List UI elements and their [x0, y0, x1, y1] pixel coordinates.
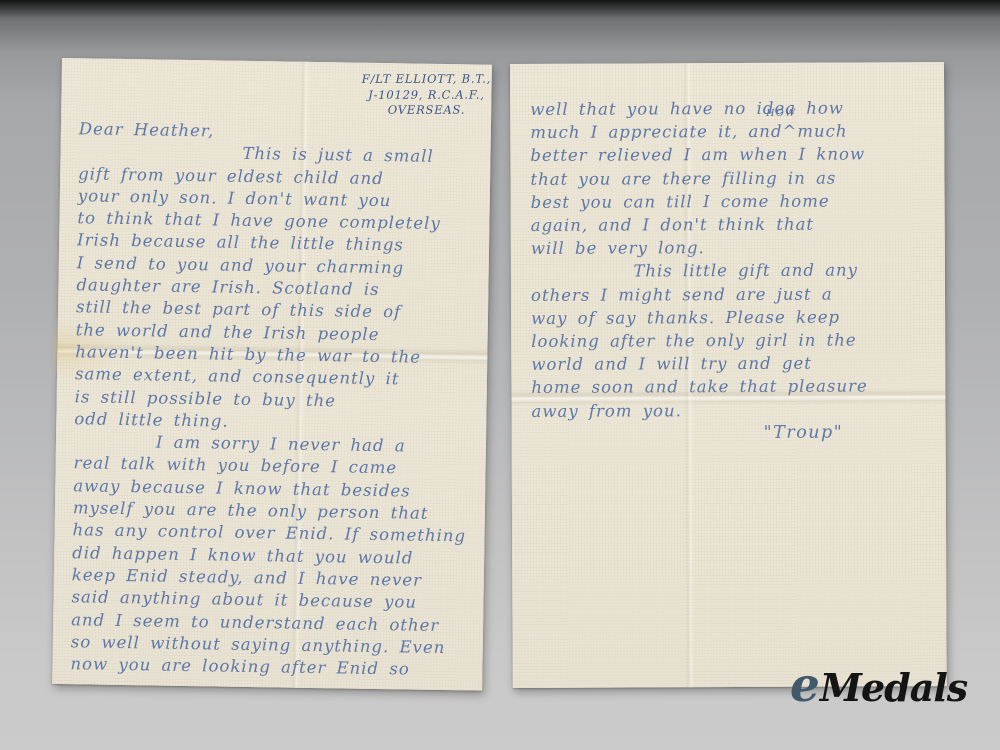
product-photo-background: F/LT ELLIOTT, B.T.,J-10129, R.C.A.F.,OVE… — [0, 0, 1000, 750]
emedals-logo-e: e — [790, 662, 820, 709]
handwritten-line: home soon and take that pleasure — [531, 375, 867, 400]
emedals-logo-text: Medals — [820, 669, 967, 707]
handwritten-line: way of say thanks. Please keep — [531, 305, 867, 330]
emedals-watermark: e Medals — [790, 662, 967, 709]
handwritten-line: away from you. — [531, 398, 867, 423]
inserted-word-above-caret: HOW — [766, 108, 796, 119]
handwritten-line: better relieved I am when I know — [530, 143, 866, 168]
handwritten-line: much I appreciate it, and^much — [530, 120, 866, 145]
handwritten-line: that you are there filling in as — [530, 166, 866, 191]
handwritten-line: world and I will try and get — [531, 352, 867, 377]
handwritten-line: well that you have no idea how — [530, 96, 866, 121]
letter-body-page-1: Dear Heather, This is just a smallgift f… — [70, 118, 472, 682]
letter-page-2: well that you have no idea howmuch I app… — [510, 62, 947, 688]
signature: "Troup" — [764, 423, 844, 443]
handwritten-line: best you can till I come home — [531, 189, 867, 214]
sender-address-block: F/LT ELLIOTT, B.T.,J-10129, R.C.A.F.,OVE… — [359, 72, 493, 119]
handwritten-line: again, and I don't think that — [531, 212, 867, 237]
sender-address-line: F/LT ELLIOTT, B.T., — [359, 72, 493, 88]
handwritten-line: will be very long. — [531, 236, 867, 261]
handwritten-line: looking after the only girl in the — [531, 328, 867, 353]
handwritten-line: now you are looking after Enid so — [70, 653, 464, 681]
letter-body-page-2: well that you have no idea howmuch I app… — [530, 96, 868, 422]
letter-page-1: F/LT ELLIOTT, B.T.,J-10129, R.C.A.F.,OVE… — [52, 58, 492, 691]
sender-address-line: J-10129, R.C.A.F., — [359, 87, 493, 103]
handwritten-line: others I might send are just a — [531, 282, 867, 307]
sender-address-line: OVERSEAS. — [359, 103, 493, 119]
handwritten-line: This little gift and any — [531, 259, 867, 284]
